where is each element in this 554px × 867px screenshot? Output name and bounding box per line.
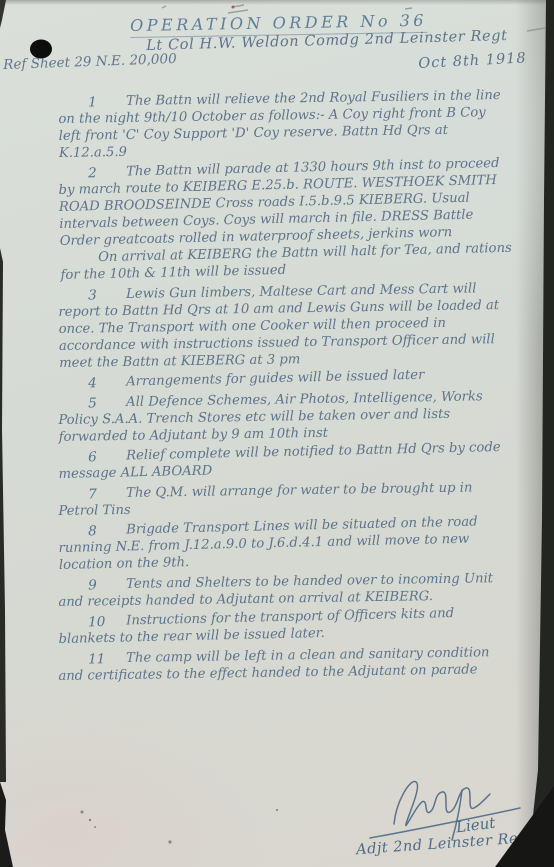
paragraph-number: 8 <box>88 523 97 540</box>
order-paragraph-list: 1The Battn will relieve the 2nd Royal Fu… <box>0 94 554 688</box>
paragraph-number: 1 <box>88 94 97 111</box>
paragraph-number: 4 <box>88 375 97 392</box>
order-paragraph: 8Brigade Transport Lines will be situate… <box>58 513 512 574</box>
paragraph-number: 7 <box>88 486 97 503</box>
paragraph-number: 6 <box>88 449 97 466</box>
paragraph-text: Brigade Transport Lines will be situated… <box>58 514 477 573</box>
paragraph-text: The camp will be left in a clean and san… <box>58 645 489 684</box>
order-paragraph: 5All Defence Schemes, Air Photos, Intell… <box>58 388 512 446</box>
order-paragraph: 3Lewis Gun limbers, Maltese Cart and Mes… <box>58 280 512 372</box>
map-reference: Ref Sheet 29 N.E. 20,000 <box>3 51 177 73</box>
paragraph-text: The Battn will relieve the 2nd Royal Fus… <box>58 88 500 161</box>
order-paragraph: 11The camp will be left in a clean and s… <box>58 644 511 685</box>
paragraph-text: All Defence Schemes, Air Photos, Intelli… <box>58 389 483 445</box>
paragraph-number: 9 <box>88 577 97 594</box>
paragraph-number: 3 <box>88 287 97 304</box>
order-paragraph: 2The Battn will parade at 1330 hours 9th… <box>58 155 514 284</box>
paragraph-text: The Battn will parade at 1330 hours 9th … <box>58 156 499 249</box>
signature-block: Lieut Adjt 2nd Leinster Regt <box>356 778 554 867</box>
paragraph-number: 5 <box>88 395 97 412</box>
paper-specks <box>81 809 279 844</box>
order-paragraph: 10Instructions for the transport of Offi… <box>58 604 512 648</box>
order-paragraph: 1The Battn will relieve the 2nd Royal Fu… <box>58 87 512 162</box>
paragraph-number: 10 <box>88 614 106 631</box>
paragraph-text: Lewis Gun limbers, Maltese Cart and Mess… <box>58 281 499 371</box>
order-paragraph: 6Relief complete will be notified to Bat… <box>58 439 512 483</box>
paragraph-text: The Q.M. will arrange for water to be br… <box>58 480 472 519</box>
top-left-corner-mark <box>0 0 6 28</box>
left-scan-edge-lower <box>0 782 13 867</box>
paragraph-text: Arrangements for guides will be issued l… <box>126 368 424 390</box>
paragraph-number: 2 <box>88 165 97 182</box>
paragraph-number: 11 <box>88 651 105 668</box>
paragraph-text: Tents and Shelters to be handed over to … <box>58 571 493 610</box>
paragraph-text: Instructions for the transport of Office… <box>58 606 454 647</box>
document-date: Oct 8th 1918 <box>418 50 527 72</box>
paragraph-text: Relief complete will be notified to Batt… <box>58 440 500 482</box>
red-speck <box>232 6 235 9</box>
scanned-document-page: OPERATION ORDER No 36 Lt Col H.W. Weldon… <box>0 0 554 867</box>
